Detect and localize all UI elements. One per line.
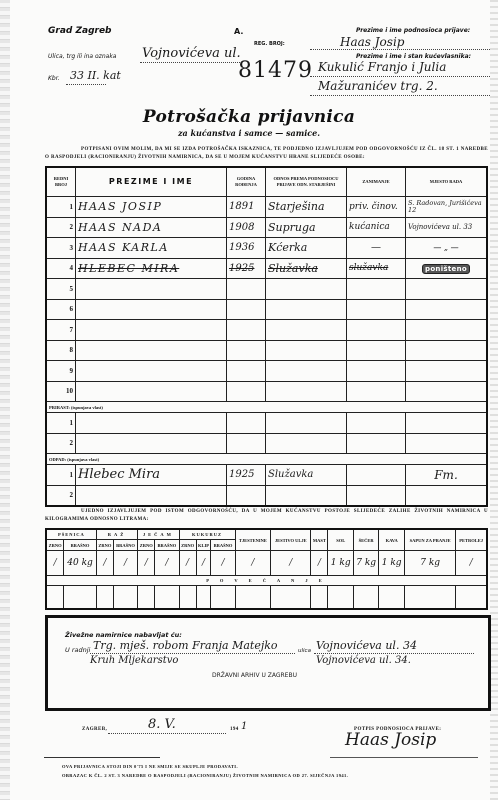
sub-zrno: ZRNO bbox=[96, 540, 113, 551]
stock-value[interactable]: / bbox=[113, 551, 137, 576]
applicant-value[interactable]: Haas Josip bbox=[340, 35, 404, 49]
footnote-divider bbox=[44, 757, 160, 758]
person-occupation[interactable] bbox=[347, 340, 406, 361]
person-workplace[interactable] bbox=[406, 340, 488, 361]
person-relation[interactable] bbox=[266, 279, 347, 300]
increase-value[interactable] bbox=[64, 586, 97, 610]
applicant-signature[interactable]: Haas Josip bbox=[345, 730, 436, 750]
person-birth-year[interactable] bbox=[227, 299, 266, 320]
sub-zrno: ZRNO bbox=[46, 540, 64, 551]
person-name[interactable] bbox=[76, 413, 227, 434]
stock-intro-text: UJEDNO IZJAVLJUJEM POD ISTOM ODGOVORNOŠĆ… bbox=[45, 508, 488, 524]
row-number: 6 bbox=[46, 299, 76, 320]
table-row: 10 bbox=[46, 381, 487, 402]
person-relation[interactable] bbox=[266, 340, 347, 361]
persons-table: REDNI BROJ PREZIME I IME GODINA ROĐENJA … bbox=[45, 166, 488, 507]
landlord-underline-2 bbox=[310, 95, 490, 96]
person-birth-year[interactable] bbox=[227, 433, 266, 454]
stock-value[interactable]: / bbox=[96, 551, 113, 576]
person-name[interactable] bbox=[76, 433, 227, 454]
person-birth-year[interactable]: 1925 bbox=[227, 258, 266, 279]
stock-value[interactable]: 7 kg bbox=[353, 551, 378, 576]
person-name[interactable] bbox=[76, 320, 227, 341]
increase-value[interactable] bbox=[179, 586, 196, 610]
landlord-underline-1 bbox=[310, 76, 490, 77]
stock-value[interactable]: / bbox=[211, 551, 235, 576]
person-name[interactable] bbox=[76, 485, 227, 506]
prirast-section-header: PRIRAST: (ispunjava vlast) bbox=[46, 402, 487, 413]
col-sapun: SAPUN ZA PRANJE bbox=[404, 529, 455, 551]
shop-street-label: ulica bbox=[298, 648, 311, 654]
shop-street-value-line2[interactable]: Vojnovićeva ul. 34. bbox=[316, 655, 411, 666]
shop-underline bbox=[90, 653, 295, 654]
persons-table-header: REDNI BROJ PREZIME I IME GODINA ROĐENJA … bbox=[46, 167, 487, 197]
date-value[interactable]: 8. V. bbox=[148, 717, 176, 732]
person-birth-year[interactable]: 1908 bbox=[227, 217, 266, 238]
footnote-price: OVA PRIJAVNICA STOJI DIN 0'75 I NE SMIJE… bbox=[62, 764, 238, 769]
table-row: 1 Hlebec Mira 1925 Služavka Fm. bbox=[46, 465, 487, 486]
person-workplace[interactable] bbox=[406, 485, 488, 506]
landlord-label: Prezime i ime i stan kućevlasnika: bbox=[356, 53, 471, 60]
col-redni-broj: REDNI BROJ bbox=[46, 167, 76, 197]
stock-value[interactable]: / bbox=[311, 551, 328, 576]
sub-zrno: ZRNO bbox=[179, 540, 196, 551]
col-godina-rodenja: GODINA ROĐENJA bbox=[227, 167, 266, 197]
sub-brasno: BRAŠNO bbox=[64, 540, 97, 551]
applicant-underline bbox=[310, 49, 490, 50]
person-relation[interactable] bbox=[266, 299, 347, 320]
person-name[interactable]: HAAS NADA bbox=[76, 217, 227, 238]
place-label: ZAGREB, bbox=[82, 727, 107, 732]
table-row: 8 bbox=[46, 340, 487, 361]
person-workplace[interactable] bbox=[406, 413, 488, 434]
person-birth-year[interactable] bbox=[227, 381, 266, 402]
table-row: 6 bbox=[46, 299, 487, 320]
increase-value[interactable] bbox=[196, 586, 211, 610]
stock-value[interactable]: 40 kg bbox=[64, 551, 97, 576]
row-number: 5 bbox=[46, 279, 76, 300]
col-prezime-ime: PREZIME I IME bbox=[76, 167, 227, 197]
col-sol: SOL bbox=[328, 529, 353, 551]
col-mast: MAST bbox=[311, 529, 328, 551]
house-no-underline bbox=[66, 84, 106, 85]
person-occupation[interactable]: kućanica bbox=[347, 217, 406, 238]
person-relation[interactable]: Služavka bbox=[266, 465, 347, 486]
odpad-section-header: ODPAD: (ispunjava vlast) bbox=[46, 454, 487, 465]
col-tjestenine: TJESTENINE bbox=[235, 529, 271, 551]
reg-number[interactable]: 81479 bbox=[238, 58, 313, 83]
row-number: 8 bbox=[46, 340, 76, 361]
sub-brasno: BRAŠNO bbox=[211, 540, 235, 551]
person-relation[interactable] bbox=[266, 381, 347, 402]
person-relation[interactable] bbox=[266, 485, 347, 506]
house-no-label: Kbr. bbox=[48, 75, 60, 82]
row-number: 9 bbox=[46, 361, 76, 382]
shop-value-line2[interactable]: Kruh Mljekarstvo bbox=[90, 655, 178, 666]
street-value[interactable]: Vojnovićeva ul. bbox=[142, 46, 241, 61]
group-raz: RAŽ bbox=[96, 529, 137, 540]
col-kava: KAVA bbox=[379, 529, 404, 551]
person-relation[interactable] bbox=[266, 433, 347, 454]
person-occupation[interactable]: služavka bbox=[347, 258, 406, 279]
cancelled-stamp: poništeno bbox=[422, 264, 470, 274]
person-name[interactable] bbox=[76, 279, 227, 300]
person-name[interactable]: Hlebec Mira bbox=[76, 465, 227, 486]
person-name[interactable]: HAAS KARLA bbox=[76, 238, 227, 259]
stock-value[interactable]: / bbox=[46, 551, 64, 576]
person-relation[interactable] bbox=[266, 361, 347, 382]
sub-brasno: BRAŠNO bbox=[113, 540, 137, 551]
person-occupation[interactable] bbox=[347, 299, 406, 320]
person-name[interactable] bbox=[76, 340, 227, 361]
increase-value[interactable] bbox=[353, 586, 378, 610]
person-workplace[interactable] bbox=[406, 279, 488, 300]
increase-value[interactable] bbox=[271, 586, 311, 610]
stock-value[interactable]: 7 kg bbox=[404, 551, 455, 576]
table-row: 3 HAAS KARLA 1936 Kćerka — — „ — bbox=[46, 238, 487, 259]
increase-value[interactable] bbox=[138, 586, 155, 610]
table-row: 5 bbox=[46, 279, 487, 300]
increase-value[interactable] bbox=[113, 586, 137, 610]
group-jecam: JEČAM bbox=[138, 529, 179, 540]
table-row: 2 HAAS NADA 1908 Supruga kućanica Vojnov… bbox=[46, 217, 487, 238]
stock-table: PŠENICA RAŽ JEČAM KUKURUZ TJESTENINE JES… bbox=[45, 528, 488, 610]
person-relation[interactable] bbox=[266, 320, 347, 341]
person-name[interactable] bbox=[76, 299, 227, 320]
row-number: 1 bbox=[46, 197, 76, 218]
row-number: 4 bbox=[46, 258, 76, 279]
stock-value[interactable]: 1 kg bbox=[328, 551, 353, 576]
person-name[interactable] bbox=[76, 361, 227, 382]
date-underline bbox=[108, 733, 226, 734]
form-title: Potrošačka prijavnica bbox=[0, 107, 498, 127]
shop-street-value-line1[interactable]: Vojnovićeva ul. 34 bbox=[316, 639, 417, 652]
col-zanimanje: ZANIMANJE bbox=[347, 167, 406, 197]
increase-value[interactable] bbox=[311, 586, 328, 610]
person-birth-year[interactable] bbox=[227, 340, 266, 361]
stock-value[interactable]: / bbox=[179, 551, 196, 576]
table-row: 9 bbox=[46, 361, 487, 382]
person-occupation[interactable] bbox=[347, 279, 406, 300]
table-row: 1 bbox=[46, 413, 487, 434]
intro-text: POTPISANI OVIM MOLIM, DA MI SE IZDA POTR… bbox=[45, 146, 488, 162]
person-birth-year[interactable] bbox=[227, 413, 266, 434]
city-label: Grad Zagreb bbox=[48, 26, 112, 36]
reg-label: REG. BROJ: bbox=[254, 41, 285, 47]
group-psenica: PŠENICA bbox=[46, 529, 96, 540]
stock-value[interactable]: / bbox=[271, 551, 311, 576]
person-birth-year[interactable] bbox=[227, 361, 266, 382]
col-mjesto-rada: MJESTO RADA bbox=[406, 167, 488, 197]
person-relation[interactable]: Supruga bbox=[266, 217, 347, 238]
increase-value[interactable] bbox=[328, 586, 353, 610]
person-workplace[interactable]: — „ — bbox=[406, 238, 488, 259]
person-occupation[interactable]: priv. činov. bbox=[347, 197, 406, 218]
stock-value[interactable]: 1 kg bbox=[379, 551, 404, 576]
col-jestivo-ulje: JESTIVO ULJE bbox=[271, 529, 311, 551]
person-workplace[interactable]: S. Radovan, Jurišićeva 12 bbox=[406, 197, 488, 218]
person-occupation[interactable] bbox=[347, 485, 406, 506]
sub-brasno: BRAŠNO bbox=[155, 540, 179, 551]
street-underline bbox=[140, 62, 240, 63]
person-workplace[interactable] bbox=[406, 381, 488, 402]
prirast-label: PRIRAST: (ispunjava vlast) bbox=[46, 402, 487, 413]
landlord-value-line2[interactable]: Mažuranićev trg. 2. bbox=[318, 79, 438, 93]
shop-label: U radnji bbox=[65, 646, 90, 654]
table-row: 7 bbox=[46, 320, 487, 341]
increase-value[interactable] bbox=[379, 586, 404, 610]
odpad-label: ODPAD: (ispunjava vlast) bbox=[46, 454, 487, 465]
sub-zrno: ZRNO bbox=[138, 540, 155, 551]
shop-section: Živežne namirnice nabavljat ću: U radnji… bbox=[45, 615, 491, 711]
table-row: 1 HAAS JOSIP 1891 Starješina priv. činov… bbox=[46, 197, 487, 218]
person-name[interactable]: HAAS JOSIP bbox=[76, 197, 227, 218]
person-workplace[interactable] bbox=[406, 320, 488, 341]
person-occupation[interactable]: — bbox=[347, 238, 406, 259]
stock-group-header: PŠENICA RAŽ JEČAM KUKURUZ TJESTENINE JES… bbox=[46, 529, 487, 540]
person-occupation[interactable] bbox=[347, 413, 406, 434]
row-number: 2 bbox=[46, 485, 76, 506]
year-prefix: 194 bbox=[230, 727, 239, 732]
table-row-cancelled: 4 HLEBEC MIRA 1925 Služavka služavka pon… bbox=[46, 258, 487, 279]
person-birth-year[interactable] bbox=[227, 279, 266, 300]
person-relation[interactable]: Starješina bbox=[266, 197, 347, 218]
col-secer: ŠEĆER bbox=[353, 529, 378, 551]
person-workplace[interactable]: Vojnovićeva ul. 33 bbox=[406, 217, 488, 238]
increase-row-header: P O V E Ć A N J E bbox=[46, 576, 487, 586]
stock-value[interactable]: / bbox=[196, 551, 211, 576]
person-occupation[interactable] bbox=[347, 361, 406, 382]
person-name[interactable]: HLEBEC MIRA bbox=[76, 258, 227, 279]
stock-value[interactable]: / bbox=[138, 551, 155, 576]
person-relation[interactable]: Služavka bbox=[266, 258, 347, 279]
form-subtitle: za kućanstva i samce — samice. bbox=[0, 128, 498, 138]
increase-value[interactable] bbox=[155, 586, 179, 610]
official-initials[interactable]: Fm. bbox=[406, 465, 488, 486]
sub-klip: KLIP bbox=[196, 540, 211, 551]
row-number: 3 bbox=[46, 238, 76, 259]
stock-value[interactable]: / bbox=[456, 551, 487, 576]
person-workplace[interactable] bbox=[406, 299, 488, 320]
row-number: 7 bbox=[46, 320, 76, 341]
increase-value[interactable] bbox=[211, 586, 235, 610]
house-no-value[interactable]: 33 II. kat bbox=[70, 69, 121, 82]
shop-value-line1[interactable]: Trg. mješ. robom Franja Matejko bbox=[93, 639, 278, 652]
person-occupation[interactable] bbox=[347, 465, 406, 486]
person-relation[interactable] bbox=[266, 413, 347, 434]
applicant-label: Prezime i ime podnosioca prijave: bbox=[356, 27, 470, 34]
archive-stamp: DRŽAVNI ARHIV U ZAGREBU bbox=[212, 672, 297, 679]
person-name[interactable] bbox=[76, 381, 227, 402]
stock-value[interactable]: / bbox=[155, 551, 179, 576]
increase-value[interactable] bbox=[235, 586, 271, 610]
person-relation[interactable]: Kćerka bbox=[266, 238, 347, 259]
person-workplace[interactable] bbox=[406, 361, 488, 382]
stock-values-row: / 40 kg / / / / / / / / / / 1 kg 7 kg 1 … bbox=[46, 551, 487, 576]
increase-value[interactable] bbox=[46, 586, 64, 610]
shop-street-underline bbox=[314, 653, 474, 654]
col-odnos: ODNOS PREMA PODNOSIOCU PRIJAVE ODN. STAR… bbox=[266, 167, 347, 197]
person-birth-year[interactable]: 1891 bbox=[227, 197, 266, 218]
increase-value[interactable] bbox=[404, 586, 455, 610]
landlord-value-line1[interactable]: Kukulić Franjo i Julia bbox=[318, 60, 446, 74]
row-number: 10 bbox=[46, 381, 76, 402]
increase-values-row bbox=[46, 586, 487, 610]
col-petrolej: PETROLEJ bbox=[456, 529, 487, 551]
row-number: 2 bbox=[46, 433, 76, 454]
person-birth-year[interactable] bbox=[227, 485, 266, 506]
increase-value[interactable] bbox=[456, 586, 487, 610]
person-occupation[interactable] bbox=[347, 381, 406, 402]
group-kukuruz: KUKURUZ bbox=[179, 529, 235, 540]
person-birth-year[interactable]: 1936 bbox=[227, 238, 266, 259]
footnote-reference: OBRAZAC K ČL. 2 ST. 3 NAREDBE O RASPODJE… bbox=[62, 773, 348, 778]
table-row: 2 bbox=[46, 485, 487, 506]
person-workplace[interactable] bbox=[406, 433, 488, 454]
table-row: 2 bbox=[46, 433, 487, 454]
person-occupation[interactable] bbox=[347, 433, 406, 454]
person-birth-year[interactable] bbox=[227, 320, 266, 341]
signature-line bbox=[330, 757, 478, 758]
row-number: 2 bbox=[46, 217, 76, 238]
stock-value[interactable]: / bbox=[235, 551, 271, 576]
shop-heading: Živežne namirnice nabavljat ću: bbox=[65, 631, 182, 639]
document-page: Grad Zagreb A. Ulica, trg ili ina oznaka… bbox=[0, 0, 498, 800]
row-number: 1 bbox=[46, 465, 76, 486]
increase-value[interactable] bbox=[96, 586, 113, 610]
street-label: Ulica, trg ili ina oznaka bbox=[48, 53, 116, 60]
row-number: 1 bbox=[46, 413, 76, 434]
year-suffix[interactable]: 1 bbox=[241, 721, 247, 732]
increase-label: P O V E Ć A N J E bbox=[46, 576, 487, 586]
person-birth-year[interactable]: 1925 bbox=[227, 465, 266, 486]
form-letter: A. bbox=[234, 27, 243, 36]
person-occupation[interactable] bbox=[347, 320, 406, 341]
